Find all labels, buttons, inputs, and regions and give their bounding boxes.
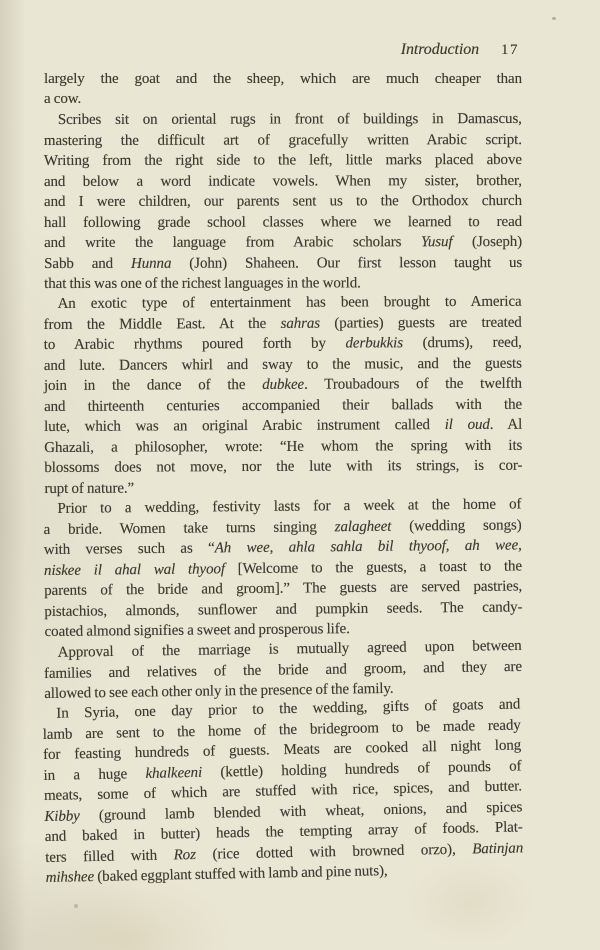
page-body: largely the goat and the sheep, which ar…: [44, 69, 522, 889]
italic-text: Roz: [173, 846, 196, 862]
text-line: a cow.: [44, 89, 522, 110]
text-line: An exotic type of entertainment has been…: [43, 292, 521, 315]
italic-text: niskee il ahal wal thyoof: [44, 561, 225, 579]
body-text: Approval of the marriage is mutually agr…: [58, 637, 522, 660]
body-text: a cow.: [44, 91, 81, 107]
body-text: from the Middle East. At the: [44, 315, 281, 332]
body-text: with verses such as “: [44, 540, 215, 558]
body-text: rupt of nature.”: [44, 480, 134, 496]
body-text: coated almond signifies a sweet and pros…: [45, 621, 350, 640]
italic-text: Yusuf: [421, 234, 453, 250]
body-text: Ghazali, a philosopher, wrote: “He whom …: [44, 437, 522, 455]
body-text: mastering the difficult art of gracefull…: [44, 131, 522, 148]
italic-text: sahras: [281, 315, 320, 331]
italic-text: Batinjan: [472, 840, 523, 857]
paragraph: largely the goat and the sheep, which ar…: [44, 69, 522, 110]
body-text: . Al: [490, 417, 522, 433]
body-text: pistachios, almonds, sunflower and pumpk…: [44, 599, 522, 620]
body-text: (wedding songs): [391, 517, 521, 534]
body-text: (rice dotted with browned orzo),: [196, 841, 473, 863]
body-text: (parties) guests are treated: [320, 314, 522, 331]
italic-text: derbukkis: [345, 335, 402, 351]
text-line: lute, which was an original Arabic instr…: [44, 415, 522, 438]
italic-text: Hunna: [131, 255, 171, 271]
body-text: Prior to a wedding, festivity lasts for …: [57, 496, 521, 516]
body-text: . Troubadours of the twelfth: [304, 376, 522, 393]
page-header: Introduction 17: [44, 40, 522, 61]
body-text: and below a word indicate vowels. When m…: [44, 172, 522, 189]
body-text: [Welcome to the guests, a toast to the: [225, 558, 522, 577]
body-text: largely the goat and the sheep, which ar…: [44, 71, 522, 87]
italic-text: il oud: [445, 417, 490, 433]
text-line: and I were children, our parents sent us…: [44, 190, 522, 212]
body-text: blossoms does not move, nor the lute wit…: [44, 458, 522, 476]
book-page: Introduction 17 largely the goat and the…: [0, 0, 600, 950]
body-text: (John) Shaheen. Our first lesson taught …: [171, 254, 522, 271]
page-content: Introduction 17 largely the goat and the…: [44, 40, 522, 889]
text-line: and write the language from Arabic schol…: [44, 231, 522, 253]
text-line: and below a word indicate vowels. When m…: [44, 170, 522, 192]
body-text: and lute. Dancers whirl and sway to the …: [44, 355, 522, 373]
body-text: An exotic type of entertainment has been…: [58, 294, 522, 312]
paragraph: Scribes sit on oriental rugs in front of…: [44, 108, 522, 294]
body-text: ters filled with: [45, 847, 174, 866]
body-text: and write the language from Arabic schol…: [44, 234, 421, 251]
body-text: parents of the bride and groom].” The gu…: [44, 578, 522, 599]
body-text: lute, which was an original Arabic instr…: [44, 417, 445, 435]
text-line: from the Middle East. At the sahras (par…: [44, 312, 522, 335]
paragraph: In Syria, one day prior to the wedding, …: [42, 694, 524, 888]
italic-text: Ah wee, ahla sahla bil thyoof, ah wee,: [215, 537, 522, 556]
italic-text: dubkee: [262, 377, 304, 393]
body-text: (baked eggplant stuffed with lamb and pi…: [94, 863, 388, 885]
text-line: join in the dance of the dubkee. Troubad…: [44, 374, 522, 397]
text-line: blossoms does not move, nor the lute wit…: [44, 456, 522, 479]
body-text: (Joseph): [452, 233, 522, 249]
page-number: 17: [501, 40, 519, 61]
body-text: (drums), reed,: [403, 335, 522, 352]
text-line: and lute. Dancers whirl and sway to the …: [44, 353, 522, 376]
paper-speck: [552, 17, 556, 20]
chapter-title: Introduction: [401, 40, 479, 61]
body-text: hall following grade school classes wher…: [44, 213, 522, 230]
paragraph: Approval of the marriage is mutually agr…: [44, 635, 523, 704]
body-text: in a huge: [43, 765, 145, 783]
paper-speck: [74, 904, 78, 908]
body-text: Sabb and: [44, 255, 131, 271]
text-line: largely the goat and the sheep, which ar…: [44, 69, 522, 90]
italic-text: mihshee: [45, 869, 94, 886]
text-line: Sabb and Hunna (John) Shaheen. Our first…: [44, 252, 522, 274]
body-text: that this was one of the richest languag…: [44, 275, 361, 292]
paragraph: Prior to a wedding, festivity lasts for …: [43, 494, 522, 642]
italic-text: Kibby: [44, 808, 80, 825]
body-text: Scribes sit on oriental rugs in front of…: [58, 110, 522, 127]
text-line: to Arabic rhythms poured forth by derbuk…: [44, 333, 522, 356]
italic-text: khalkeeni: [145, 764, 202, 781]
text-line: mastering the difficult art of gracefull…: [44, 129, 522, 151]
text-line: Scribes sit on oriental rugs in front of…: [44, 108, 522, 130]
text-line: Writing from the right side to the left,…: [44, 149, 522, 171]
body-text: join in the dance of the: [44, 377, 262, 394]
italic-text: zalagheet: [335, 518, 392, 535]
body-text: to Arabic rhythms poured forth by: [44, 336, 346, 353]
text-line: Ghazali, a philosopher, wrote: “He whom …: [44, 435, 522, 458]
body-text: and I were children, our parents sent us…: [44, 192, 522, 209]
body-text: a bride. Women take turns singing: [44, 519, 335, 538]
text-line: that this was one of the richest languag…: [44, 272, 522, 294]
body-text: and thirteenth centuries accompanied the…: [44, 396, 522, 414]
text-line: hall following grade school classes wher…: [44, 211, 522, 233]
body-text: Writing from the right side to the left,…: [44, 151, 522, 168]
paragraph: An exotic type of entertainment has been…: [43, 292, 522, 499]
text-line: and thirteenth centuries accompanied the…: [44, 394, 522, 417]
